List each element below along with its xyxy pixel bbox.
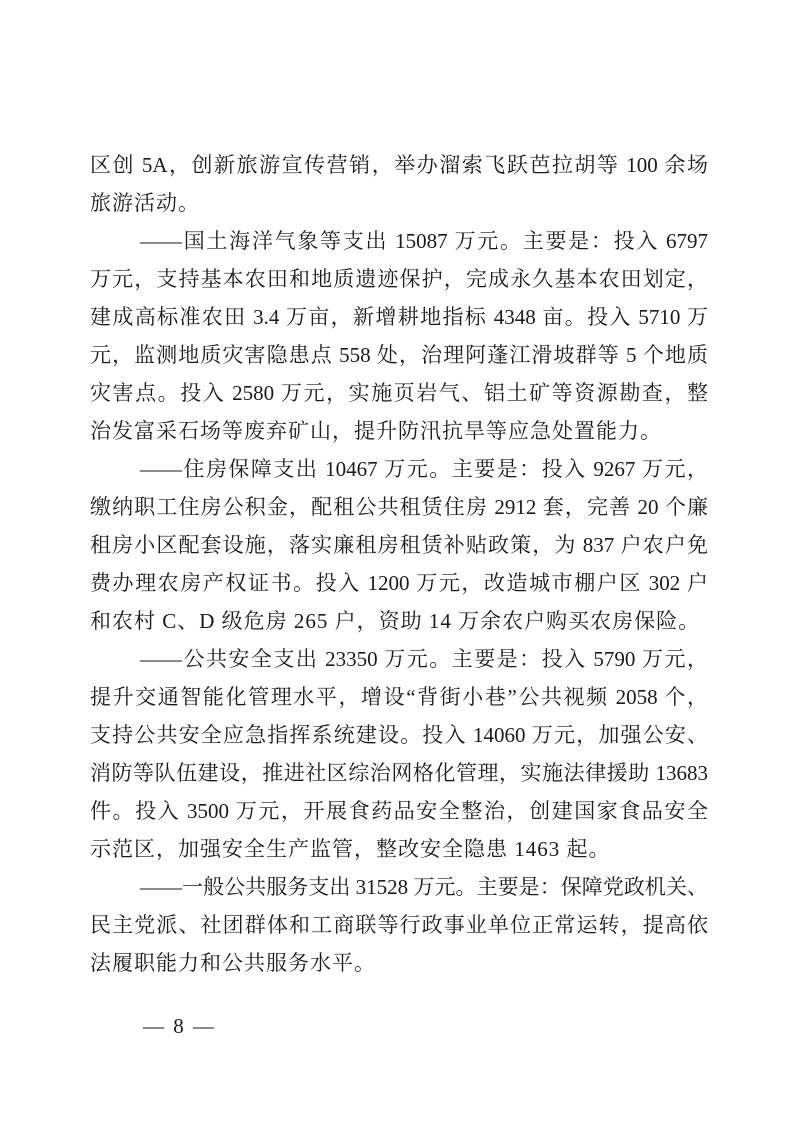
text-line: 示范区，加强安全生产监管，整改安全隐患 1463 起。 xyxy=(90,830,708,868)
text-line: 缴纳职工住房公积金，配租公共租赁住房 2912 套，完善 20 个廉 xyxy=(90,488,708,526)
text-line: 区创 5A，创新旅游宣传营销，举办溜索飞跃芭拉胡等 100 余场 xyxy=(90,146,708,184)
page-number: — 8 — xyxy=(143,1012,216,1040)
text-line: 提升交通智能化管理水平，增设“背街小巷”公共视频 2058 个， xyxy=(90,678,708,716)
text-line: 消防等队伍建设，推进社区综治网格化管理，实施法律援助 13683 xyxy=(90,754,708,792)
text-line: 建成高标准农田 3.4 万亩，新增耕地指标 4348 亩。投入 5710 万 xyxy=(90,298,708,336)
text-line: ——住房保障支出 10467 万元。主要是：投入 9267 万元， xyxy=(90,450,708,488)
document-page: 区创 5A，创新旅游宣传营销，举办溜索飞跃芭拉胡等 100 余场 旅游活动。 —… xyxy=(0,0,793,1122)
text-line: ——国土海洋气象等支出 15087 万元。主要是：投入 6797 xyxy=(90,222,708,260)
text-line: 费办理农房产权证书。投入 1200 万元，改造城市棚户区 302 户 xyxy=(90,564,708,602)
text-line: 元，监测地质灾害隐患点 558 处，治理阿蓬江滑坡群等 5 个地质 xyxy=(90,336,708,374)
text-line: 治发富采石场等废弃矿山，提升防汛抗旱等应急处置能力。 xyxy=(90,412,708,450)
text-line: 支持公共安全应急指挥系统建设。投入 14060 万元，加强公安、 xyxy=(90,716,708,754)
text-line: 民主党派、社团群体和工商联等行政事业单位正常运转，提高依 xyxy=(90,906,708,944)
text-line: 租房小区配套设施，落实廉租房租赁补贴政策，为 837 户农户免 xyxy=(90,526,708,564)
text-line: 件。投入 3500 万元，开展食药品安全整治，创建国家食品安全 xyxy=(90,792,708,830)
text-line: 和农村 C、D 级危房 265 户，资助 14 万余农户购买农房保险。 xyxy=(90,602,708,640)
body-text: 区创 5A，创新旅游宣传营销，举办溜索飞跃芭拉胡等 100 余场 旅游活动。 —… xyxy=(90,146,708,982)
text-line: 旅游活动。 xyxy=(90,184,708,222)
text-line: ——公共安全支出 23350 万元。主要是：投入 5790 万元， xyxy=(90,640,708,678)
text-line: 法履职能力和公共服务水平。 xyxy=(90,944,708,982)
text-line: ——一般公共服务支出 31528 万元。主要是：保障党政机关、 xyxy=(90,868,708,906)
text-line: 万元，支持基本农田和地质遗迹保护，完成永久基本农田划定， xyxy=(90,260,708,298)
text-line: 灾害点。投入 2580 万元，实施页岩气、铝土矿等资源勘查，整 xyxy=(90,374,708,412)
